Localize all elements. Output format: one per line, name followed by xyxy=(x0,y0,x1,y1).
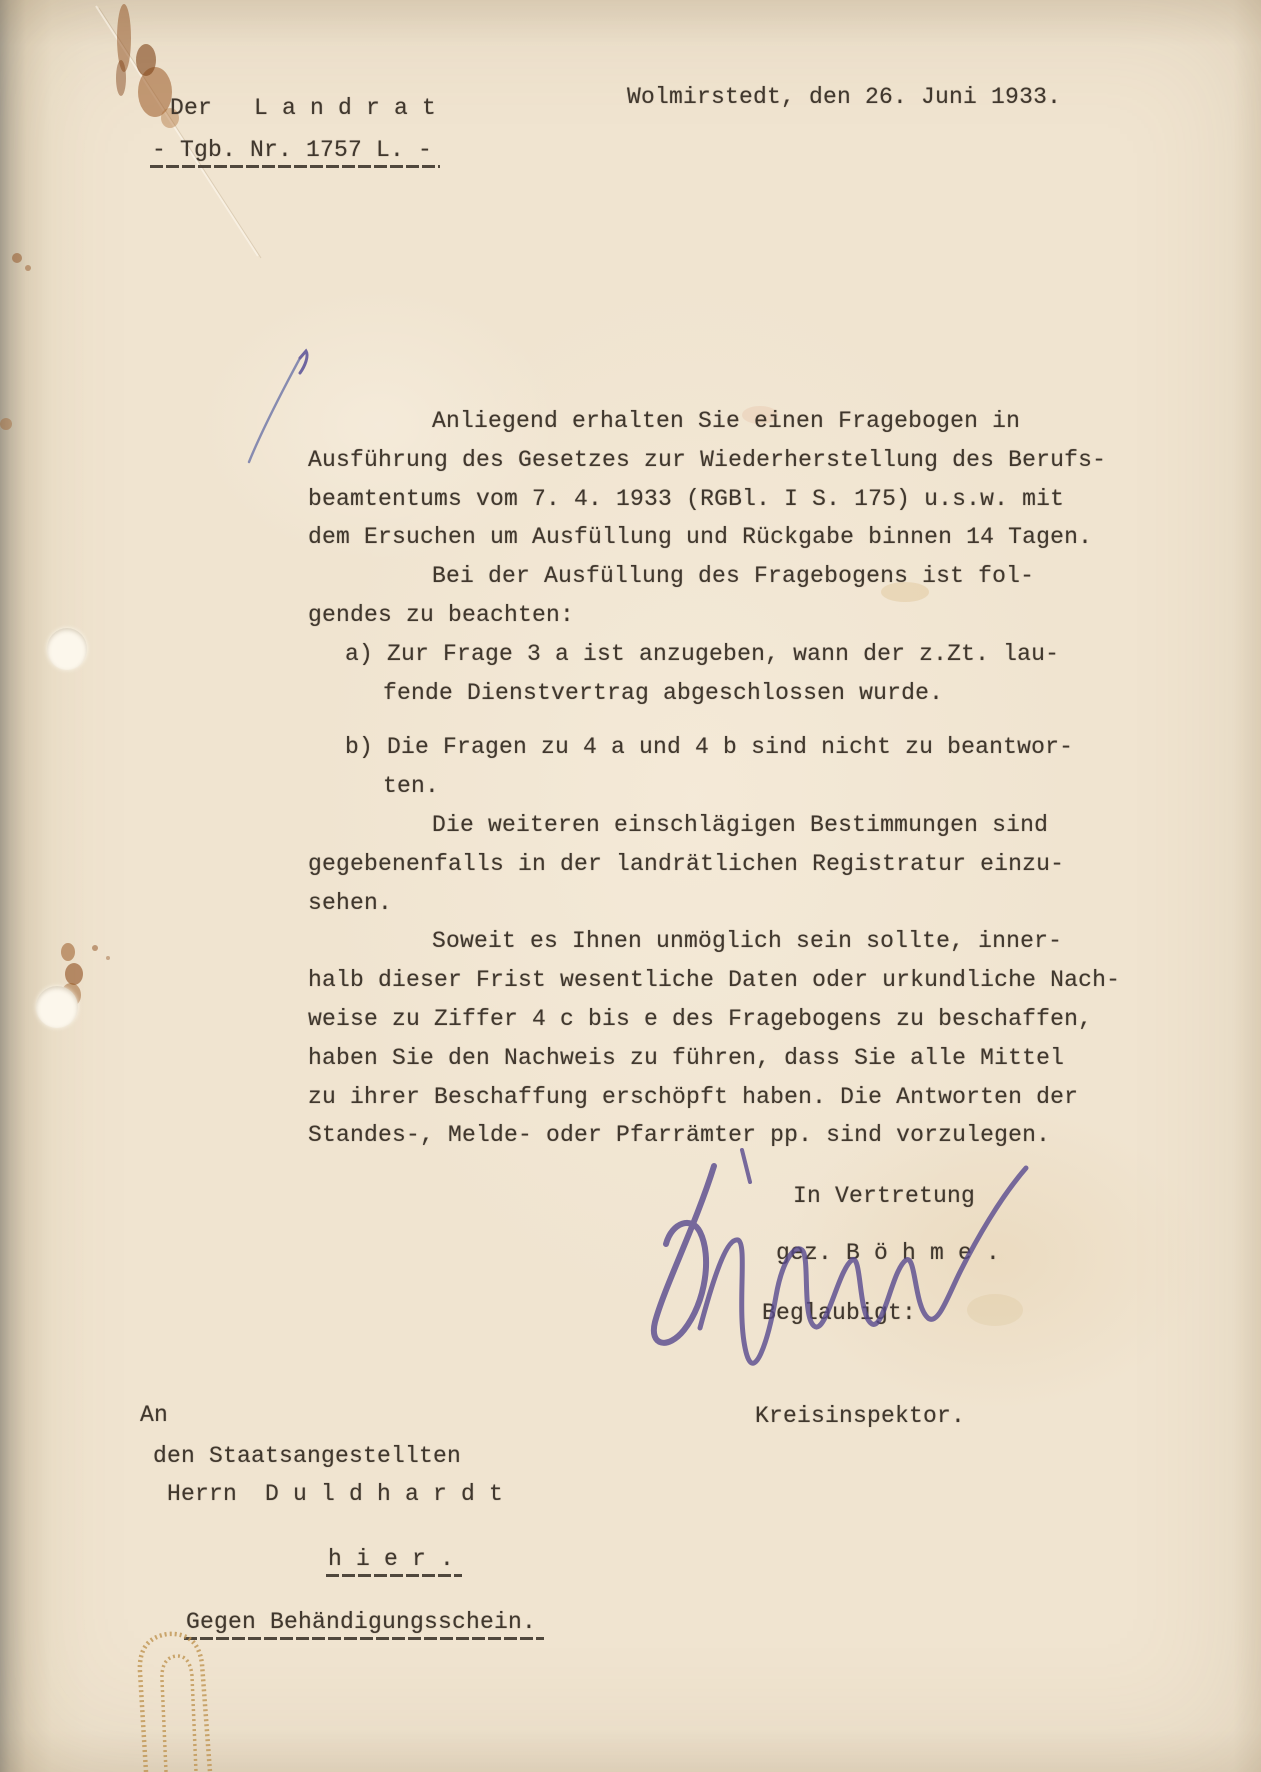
body-line: dem Ersuchen um Ausfüllung und Rückgabe … xyxy=(308,518,1144,557)
typewritten-layer: Der L a n d r a t - Tgb. Nr. 1757 L. - W… xyxy=(0,0,1261,1772)
place-line: h i e r . xyxy=(328,1546,454,1572)
body-line: b) Die Fragen zu 4 a und 4 b sind nicht … xyxy=(308,728,1144,767)
journal-number-line: - Tgb. Nr. 1757 L. - xyxy=(152,137,432,163)
valediction: In Vertretung xyxy=(793,1183,975,1209)
body-line: Anliegend erhalten Sie einen Fragebogen … xyxy=(308,402,1144,441)
certified-label: Beglaubigt: xyxy=(762,1300,916,1326)
body-line: a) Zur Frage 3 a ist anzugeben, wann der… xyxy=(308,635,1144,674)
body-line: weise zu Ziffer 4 c bis e des Fragebogen… xyxy=(308,1000,1144,1039)
signer-title: Kreisinspektor. xyxy=(755,1403,965,1429)
signed-name: gez. B ö h m e . xyxy=(776,1240,1000,1266)
letter-body: Anliegend erhalten Sie einen Fragebogen … xyxy=(308,402,1144,1155)
body-line: Soweit es Ihnen unmöglich sein sollte, i… xyxy=(308,922,1144,961)
recipient-intro: An xyxy=(140,1402,168,1428)
recipient-name: Herrn D u l d h a r d t xyxy=(167,1481,503,1507)
body-line: halb dieser Frist wesentliche Daten oder… xyxy=(308,961,1144,1000)
body-line: Ausführung des Gesetzes zur Wiederherste… xyxy=(308,441,1144,480)
body-line: haben Sie den Nachweis zu führen, dass S… xyxy=(308,1039,1144,1078)
body-line: Die weiteren einschlägigen Bestimmungen … xyxy=(308,806,1144,845)
body-line: Bei der Ausfüllung des Fragebogens ist f… xyxy=(308,557,1144,596)
date-line: Wolmirstedt, den 26. Juni 1933. xyxy=(627,84,1061,110)
recipient-role: den Staatsangestellten xyxy=(153,1443,461,1469)
body-line: gendes zu beachten: xyxy=(308,596,1144,635)
delivery-note-line: Gegen Behändigungsschein. xyxy=(186,1609,536,1635)
sender-name: Der L a n d r a t xyxy=(170,95,436,121)
body-line: beamtentums vom 7. 4. 1933 (RGBl. I S. 1… xyxy=(308,480,1144,519)
place-text: h i e r . xyxy=(328,1546,454,1572)
body-line: fende Dienstvertrag abgeschlossen wurde. xyxy=(308,674,1144,713)
scanned-letter-page: Der L a n d r a t - Tgb. Nr. 1757 L. - W… xyxy=(0,0,1261,1772)
delivery-note: Gegen Behändigungsschein. xyxy=(186,1609,536,1635)
body-line: ten. xyxy=(308,767,1144,806)
body-line: Standes-, Melde- oder Pfarrämter pp. sin… xyxy=(308,1116,1144,1155)
body-line: zu ihrer Beschaffung erschöpft haben. Di… xyxy=(308,1078,1144,1117)
body-line: sehen. xyxy=(308,884,1144,923)
body-line: gegebenenfalls in der landrätlichen Regi… xyxy=(308,845,1144,884)
journal-number: - Tgb. Nr. 1757 L. - xyxy=(152,137,432,163)
